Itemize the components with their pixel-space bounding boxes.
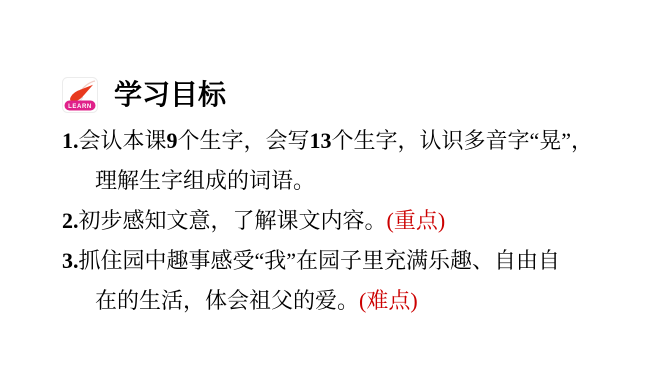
objective-item-1: 1.会认本课9个生字，会写13个生字，认识多音字“晃”， 理解生字组成的词语。 [62,121,662,201]
item-emphasis-tag: (重点) [387,208,446,233]
item-text: 初步感知文意，了解课文内容。 [79,208,387,233]
item-number: 3. [62,248,79,273]
learn-badge-icon: LEARN [62,77,98,113]
slide: LEARN 学习目标 1.会认本课9个生字，会写13个生字，认识多音字“晃”， … [0,0,668,376]
item-bold-number: 13 [310,128,332,153]
item-text: 会认本课 [79,128,167,153]
page-title: 学习目标 [114,77,226,113]
objectives-list: 1.会认本课9个生字，会写13个生字，认识多音字“晃”， 理解生字组成的词语。 … [62,121,662,321]
item-text: 抓住园中趣事感受“我”在园子里充满乐趣、自由自 在的生活，体会祖父的爱。 [79,248,561,313]
item-bold-number: 9 [167,128,178,153]
learn-banner-label: LEARN [68,104,92,110]
item-text: 个生字，会写 [178,128,310,153]
objective-item-2: 2.初步感知文意，了解课文内容。(重点) [62,201,662,241]
item-number: 1. [62,128,79,153]
objective-item-3: 3.抓住园中趣事感受“我”在园子里充满乐趣、自由自 在的生活，体会祖父的爱。(难… [62,241,662,321]
item-number: 2. [62,208,79,233]
slide-header: LEARN 学习目标 [62,77,226,113]
item-emphasis-tag: (难点) [359,288,418,313]
